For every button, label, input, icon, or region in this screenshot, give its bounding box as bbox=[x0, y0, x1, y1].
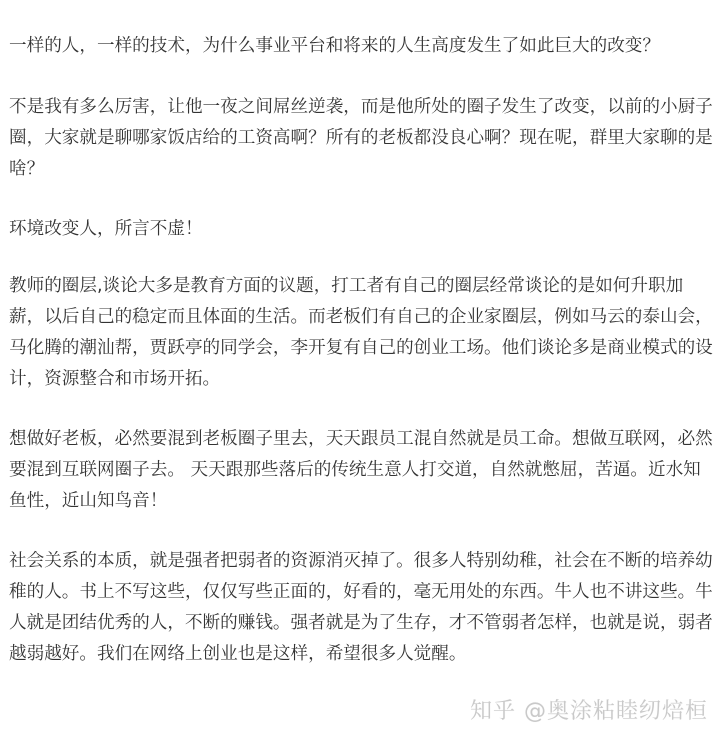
paragraph-2: 不是我有多么厉害，让他一夜之间屌丝逆袭，而是他所处的圈子发生了改变，以前的小厨子… bbox=[9, 92, 715, 185]
article-body: 一样的人，一样的技术，为什么事业平台和将来的人生高度发生了如此巨大的改变？ 不是… bbox=[9, 31, 715, 699]
zhihu-watermark: 知乎 @奥涂粘睦纫焙桓 bbox=[470, 694, 708, 725]
paragraph-4: 教师的圈层,谈论大多是教育方面的议题，打工者有自己的圈层经常谈论的是如何升职加薪… bbox=[9, 271, 715, 395]
paragraph-5: 想做好老板，必然要混到老板圈子里去，天天跟员工混自然就是员工命。想做互联网，必然… bbox=[9, 424, 715, 517]
paragraph-3: 环境改变人，所言不虚！ bbox=[9, 214, 715, 245]
paragraph-6: 社会关系的本质，就是强者把弱者的资源消灭掉了。很多人特别幼稚，社会在不断的培养幼… bbox=[9, 546, 715, 670]
paragraph-1: 一样的人，一样的技术，为什么事业平台和将来的人生高度发生了如此巨大的改变？ bbox=[9, 31, 715, 62]
